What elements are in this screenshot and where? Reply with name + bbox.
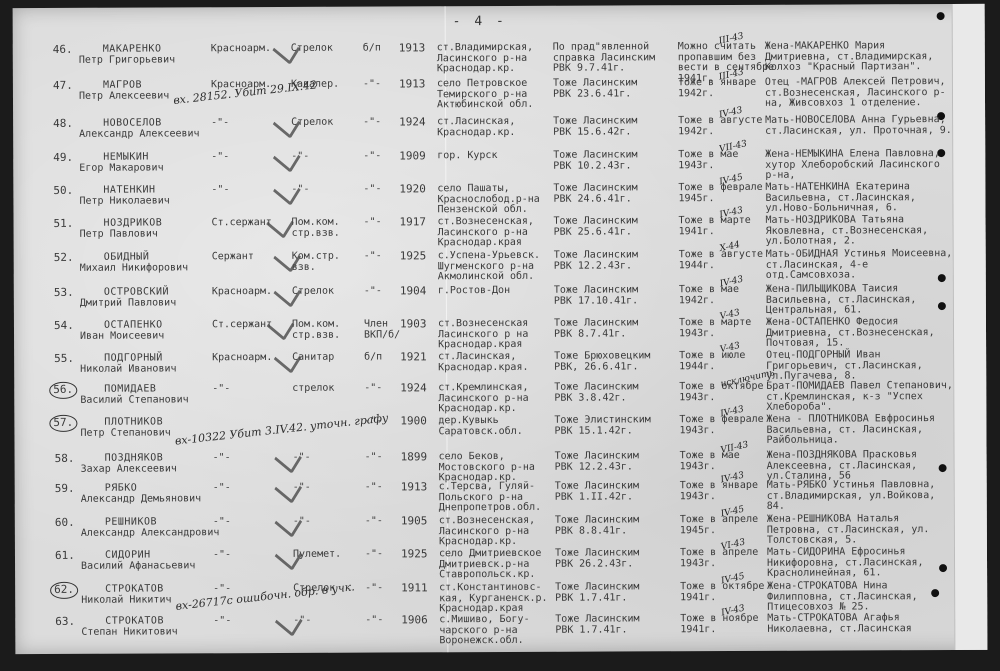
next-of-kin: Жена-СТРОКАТОВА Нина Филипповна, ст.Ласи… xyxy=(767,581,957,613)
row-number: 54. xyxy=(54,321,74,332)
fate-handwritten-mark: IV-43 xyxy=(719,275,744,290)
row-number: 51. xyxy=(54,219,74,230)
military-rank: Ст.сержант xyxy=(212,218,272,229)
party-membership: -"- xyxy=(363,185,381,196)
party-membership: -"- xyxy=(365,616,383,627)
given-names: Михаил Никифорович xyxy=(80,263,188,274)
draft-info: Тоже Ласинским РВК 1.II.42г. xyxy=(555,481,639,502)
table-row: 58.ПОЗДНЯКОВЗахар Алексеевич-"--"--"-189… xyxy=(15,450,955,454)
checkmark-icon xyxy=(273,277,301,308)
table-row: 60.РЕШНИКОВАлександр Александрович-"--"-… xyxy=(15,514,955,518)
birthplace: с.Успена-Урьевск. Шугменского р-на Акмол… xyxy=(438,251,540,283)
given-names: Степан Никитович xyxy=(81,627,177,638)
draft-info: Тоже Ласинским РВК 24.6.41г. xyxy=(553,183,637,204)
party-membership: -"- xyxy=(363,118,381,129)
birth-year: 1905 xyxy=(401,516,428,527)
party-membership: -"- xyxy=(364,384,382,395)
given-names: Захар Алексеевич xyxy=(81,464,177,475)
birthplace: ст.Константиновс- кая, Курганенск.р. Кра… xyxy=(439,583,548,615)
given-names: Василий Афанасьевич xyxy=(81,561,195,572)
military-rank: -"- xyxy=(213,550,231,561)
birth-year: 1913 xyxy=(399,43,426,54)
party-membership: -"- xyxy=(363,152,381,163)
row-number: 60. xyxy=(55,518,75,529)
fate-info: Тоже в марте 1943г. xyxy=(679,318,751,339)
checkmark-icon xyxy=(273,142,301,173)
birth-year: 1899 xyxy=(401,452,428,463)
party-membership: -"- xyxy=(365,483,383,494)
table-row: 61.СИДОРИНВасилий Афанасьевич-"-Пулемет.… xyxy=(15,547,955,551)
row-number: 46. xyxy=(53,45,73,56)
next-of-kin: Мать-ОБИДНАЯ Устинья Моисеевна, ст.Ласин… xyxy=(766,249,956,281)
party-membership: б/п xyxy=(363,44,381,55)
birth-year: 1924 xyxy=(400,383,427,394)
given-names: Петр Григорьевич xyxy=(79,55,175,66)
row-number: 52. xyxy=(54,253,74,264)
given-names: Василий Степанович xyxy=(80,395,188,406)
row-number: 58. xyxy=(55,454,75,465)
table-row: 62.СТРОКАТОВНиколай Никитич-"-Стрелок-"-… xyxy=(15,581,955,585)
party-membership: -"- xyxy=(363,80,381,91)
birth-year: 1913 xyxy=(399,79,426,90)
checkmark-icon xyxy=(272,34,300,65)
table-row: 56.ПОМИДАЕВВасилий Степанович-"-стрелок-… xyxy=(14,381,954,385)
row-number: 50. xyxy=(53,186,73,197)
next-of-kin: Жена-ПОЗДНЯКОВА Прасковья Алексеевна, ст… xyxy=(767,450,957,482)
next-of-kin: Отец-ПОДГОРНЫЙ Иван Григорьевич, ст.Ласи… xyxy=(766,350,956,382)
birth-year: 1925 xyxy=(400,251,427,262)
fate-info: Тоже в апреле 1943г. xyxy=(680,548,758,569)
next-of-kin: Мать-СИДОРИНА Ефросинья Никифоровна, ст.… xyxy=(767,547,957,579)
party-membership: -"- xyxy=(364,287,382,298)
birthplace: с.Мишиво, Богу- чарского р-на Воронежск.… xyxy=(439,615,529,647)
fate-info: Тоже в апреле 1945г. xyxy=(680,515,758,536)
birth-year: 1924 xyxy=(399,117,426,128)
birthplace: ст.Вознесенская Ласинского р на Краснода… xyxy=(438,319,528,351)
birthplace: ст.Кремлинская, Ласинского р-на Краснода… xyxy=(438,383,528,415)
next-of-kin: Мать-НОЗДРИКОВА Татьяна Яковлевна, ст.Во… xyxy=(766,215,956,247)
next-of-kin: Жена - ПЛОТНИКОВА Евфросинья Васильевна,… xyxy=(766,414,956,446)
military-rank: -"- xyxy=(213,483,231,494)
given-names: Александр Демьянович xyxy=(81,494,201,505)
given-names: Иван Моисеевич xyxy=(80,331,164,342)
birthplace: ст.Вознесенская, Ласинского р-на Краснод… xyxy=(438,217,534,249)
row-number: 57. xyxy=(49,415,77,432)
birthplace: село Петровское Темирского р-на Актюбинс… xyxy=(437,79,533,111)
handwritten-annotation: вх-10322 Убит 3.IV.42. уточн. графу xyxy=(175,413,389,447)
row-number: 63. xyxy=(55,617,75,628)
row-number: 59. xyxy=(55,484,75,495)
birth-year: 1913 xyxy=(401,482,428,493)
party-membership: -"- xyxy=(364,218,382,229)
fate-info: Тоже в мае 1942г. xyxy=(679,285,739,306)
position: Пом.ком. стр.взв. xyxy=(292,218,340,239)
next-of-kin: Жена-НЕМЫКИНА Елена Павловна, хутор Хлеб… xyxy=(765,149,955,181)
row-number: 53. xyxy=(54,288,74,299)
next-of-kin: Отец -МАГРОВ Алексей Петрович, ст.Вознес… xyxy=(765,77,955,109)
birthplace: село Беков, Мостовского р-на Краснодар.к… xyxy=(439,452,535,484)
birthplace: гор. Курск xyxy=(437,151,497,162)
next-of-kin: Жена-ОСТАПЕНКО Федосия Дмитриевна, ст.Во… xyxy=(766,317,956,349)
military-rank: -"- xyxy=(211,185,229,196)
table-row: 63.СТРОКАТОВСтепан Никитович-"--"--"-190… xyxy=(15,613,955,617)
military-rank: Ст.сержант xyxy=(212,320,272,331)
given-names: Александр Алексеевич xyxy=(79,129,199,140)
military-rank: -"- xyxy=(213,453,231,464)
birth-year: 1920 xyxy=(399,184,426,195)
birth-year: 1925 xyxy=(401,549,428,560)
draft-info: Тоже Ласинским РВК 10.2.43г. xyxy=(553,150,637,171)
draft-info: Тоже Ласинским РВК 25.6.41г. xyxy=(554,216,638,237)
next-of-kin: Мать-НОВОСЕЛОВА Анна Гурьевна, ст.Ласинс… xyxy=(765,115,955,137)
birthplace: село Пашаты, Краснослобод.р-на Пензенско… xyxy=(437,184,539,216)
checkmark-icon xyxy=(274,343,302,374)
military-rank: -"- xyxy=(212,384,230,395)
draft-info: Тоже Ласинским РВК 15.6.42г. xyxy=(553,116,637,137)
table-row: 48.НОВОСЕЛОВАлександр Алексеевич-"-Стрел… xyxy=(13,115,953,119)
table-row: 47.МАГРОВПетр АлексеевичКрасноарм.Кавале… xyxy=(13,77,953,81)
position: Пом.ком. стр.взв. xyxy=(292,320,340,341)
table-row: 50.НАТЕНКИНПетр Николаевич-"--"--"-1920с… xyxy=(13,182,953,186)
checkmark-icon xyxy=(266,208,294,239)
checkmark-icon xyxy=(275,606,303,637)
birth-year: 1906 xyxy=(401,615,428,626)
next-of-kin: Жена-РЕШНИКОВА Наталья Петровна, ст.Ласи… xyxy=(767,514,957,546)
document-page: - 4 - 46.МАКАРЕНКОПетр ГригорьевичКрасно… xyxy=(13,4,988,654)
party-membership: -"- xyxy=(365,550,383,561)
birth-year: 1900 xyxy=(400,416,427,427)
draft-info: Тоже Брюховецким РВК, 26.6.41г. xyxy=(554,351,650,372)
military-rank: -"- xyxy=(211,118,229,129)
birthplace: ст.Владимирская, Ласинского р-на Краснод… xyxy=(437,43,533,75)
party-membership: -"- xyxy=(364,252,382,263)
given-names: Петр Алексеевич xyxy=(79,91,169,102)
checkmark-icon xyxy=(274,473,302,504)
next-of-kin: Мать-СТРОКАТОВА Агафья Николаевна, ст.Ла… xyxy=(767,613,957,635)
birth-year: 1903 xyxy=(400,319,427,330)
checkmark-icon xyxy=(273,175,301,206)
given-names: Николай Иванович xyxy=(80,364,176,375)
given-names: Петр Степанович xyxy=(80,428,170,439)
military-rank: Сержант xyxy=(212,252,254,263)
draft-info: Тоже Ласинским РВК 12.2.43г. xyxy=(554,250,638,271)
fate-info: Тоже в июле 1944г. xyxy=(679,351,745,372)
row-number: 61. xyxy=(55,551,75,562)
table-row: 49.НЕМЫКИНЕгор Макарович-"--"--"-1909гор… xyxy=(13,149,953,153)
draft-info: Тоже Элистинским РВК 15.1.42г. xyxy=(554,415,650,436)
birthplace: ст.Ласинская, Краснодар.кр. xyxy=(437,117,515,138)
next-of-kin: Мать-НАТЕНКИНА Екатерина Васильевна, ст.… xyxy=(765,182,955,214)
birthplace: село Дмитриевское Дмитриевск.р-на Ставро… xyxy=(439,549,541,581)
fate-info: Тоже в январе 1943г. xyxy=(680,481,758,502)
party-membership: Член ВКП/б/ xyxy=(364,319,400,340)
birthplace: с.Терсва, Гуляй- Польского р-на Днепропе… xyxy=(439,482,541,514)
military-rank: -"- xyxy=(211,152,229,163)
page-number: - 4 - xyxy=(453,14,507,29)
draft-info: Тоже Ласинским РВК 23.6.41г. xyxy=(553,78,637,99)
birth-year: 1921 xyxy=(400,352,427,363)
birthplace: дер.Кувыкь Саратовск.обл. xyxy=(438,416,522,437)
fate-info: Тоже в ноябре 1941г. xyxy=(680,614,758,635)
given-names: Дмитрий Павлович xyxy=(80,298,176,309)
table-row: 51.НОЗДРИКОВПетр ПавловичСт.сержантПом.к… xyxy=(14,215,954,219)
checkmark-icon xyxy=(274,443,302,474)
draft-info: Тоже Ласинским РВК 8.8.41г. xyxy=(555,515,639,536)
military-rank: Красноарм. xyxy=(211,44,271,55)
roster-table: 46.МАКАРЕНКОПетр ГригорьевичКрасноарм.Ст… xyxy=(13,4,985,8)
draft-info: По прад"явленной справка Ласинским РВК 9… xyxy=(553,42,655,74)
next-of-kin: Жена-МАКАРЕНКО Мария Дмитриевна, ст.Влад… xyxy=(765,41,955,73)
given-names: Николай Никитич xyxy=(81,595,171,606)
checkmark-icon xyxy=(274,507,302,538)
given-names: Александр Александрович xyxy=(81,528,220,539)
table-row: 57.ПЛОТНИКОВПетр Степанович-"-1900дер.Ку… xyxy=(14,414,954,418)
fate-info: Тоже в январе 1942г. xyxy=(678,78,756,99)
party-membership: -"- xyxy=(365,453,383,464)
birthplace: ст.Вознесенская, Ласинского р-на Краснод… xyxy=(439,516,535,548)
party-membership: б/п xyxy=(364,353,382,364)
birthplace: г.Ростов-Дон xyxy=(438,286,510,297)
draft-info: Тоже Ласинским РВК 8.7.41г. xyxy=(554,318,638,339)
table-row: 59.РЯБКОАлександр Демьянович-"--"--"-191… xyxy=(15,480,955,484)
row-number: 49. xyxy=(53,153,73,164)
draft-info: Тоже Ласинским РВК 1.7.41г. xyxy=(555,582,639,603)
party-membership: -"- xyxy=(365,584,383,595)
row-number: 56. xyxy=(49,382,77,399)
handwritten-annotation: вх-26717с ошибочн. обр. в учк. xyxy=(175,582,355,612)
draft-info: Тоже Ласинским РВК 17.10.41г. xyxy=(554,285,638,306)
table-row: 46.МАКАРЕНКОПетр ГригорьевичКрасноарм.Ст… xyxy=(13,41,953,45)
military-rank: Красноарм. xyxy=(212,287,272,298)
checkmark-icon xyxy=(267,310,295,341)
table-row: 55.ПОДГОРНЫЙНиколай ИвановичКрасноарм.Са… xyxy=(14,350,954,354)
row-number: 62. xyxy=(50,582,78,599)
birthplace: ст.Ласинская, Краснодар.края. xyxy=(438,352,528,373)
military-rank: -"- xyxy=(213,616,231,627)
draft-info: Тоже Ласинским РВК 1.7.41г. xyxy=(555,614,639,635)
position: стрелок xyxy=(292,384,334,395)
next-of-kin: Жена-ПИЛЬЩИКОВА Таисия Васильевна, ст.Ла… xyxy=(766,284,956,316)
birth-year: 1917 xyxy=(400,217,427,228)
table-row: 53.ОСТРОВСКИЙДмитрий ПавловичКрасноарм.С… xyxy=(14,284,954,288)
next-of-kin: Брат-ПОМИДАЕВ Павел Степанович, ст.Кремл… xyxy=(766,381,956,413)
given-names: Петр Павлович xyxy=(80,229,158,240)
draft-info: Тоже Ласинским РВК 12.2.43г. xyxy=(555,451,639,472)
next-of-kin: Мать-РЯБКО Устинья Павловна, ст.Владимир… xyxy=(767,480,957,512)
row-number: 55. xyxy=(54,354,74,365)
draft-info: Тоже Ласинским РВК 26.2.43г. xyxy=(555,548,639,569)
draft-info: Тоже Ласинским РВК 3.8.42г. xyxy=(554,382,638,403)
table-row: 54.ОСТАПЕНКОИван МоисеевичСт.сержантПом.… xyxy=(14,317,954,321)
row-number: 48. xyxy=(53,119,73,130)
table-row: 52.ОБИДНЫЙМихаил НикифоровичСержантКом.с… xyxy=(14,249,954,253)
row-number: 47. xyxy=(53,81,73,92)
fate-info: Тоже в марте 1941г. xyxy=(679,216,751,237)
birth-year: 1911 xyxy=(401,583,428,594)
given-names: Петр Николаевич xyxy=(79,196,169,207)
given-names: Егор Макарович xyxy=(79,163,163,174)
party-membership: -"- xyxy=(365,517,383,528)
checkmark-icon xyxy=(275,540,303,571)
punch-hole xyxy=(937,12,945,20)
birth-year: 1904 xyxy=(400,286,427,297)
checkmark-icon xyxy=(273,108,301,139)
birth-year: 1909 xyxy=(399,151,426,162)
military-rank: Красноарм. xyxy=(212,353,272,364)
military-rank: -"- xyxy=(213,517,231,528)
